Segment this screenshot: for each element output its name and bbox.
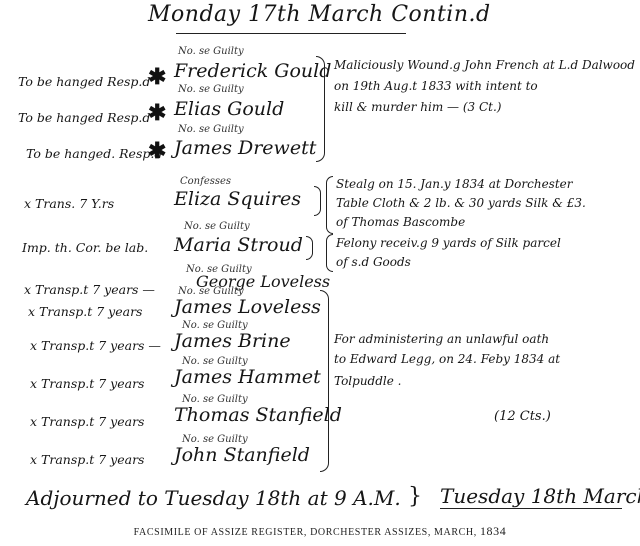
entry-name: Maria Stroud — [174, 234, 303, 256]
asterisk-mark-icon: ✱ — [148, 64, 166, 90]
charge-line: to Edward Legg, on 24. Feby 1834 at — [334, 350, 560, 368]
adjournment-text: Adjourned to Tuesday 18th at 9 A.M. — [26, 486, 401, 510]
group-brace — [316, 56, 325, 162]
entry-brace — [306, 236, 313, 260]
adjournment-brace: } — [408, 484, 422, 509]
register-heading: Monday 17th March Contin.d — [148, 2, 491, 27]
charge-line: Felony receiv.g 9 yards of Silk parcel — [336, 234, 561, 252]
entry-name: Thomas Stanfield — [174, 404, 342, 426]
charge-line: of Thomas Bascombe — [336, 213, 465, 231]
charge-line: Tolpuddle . — [334, 372, 401, 390]
charge-line: kill & murder him — (3 Ct.) — [334, 98, 501, 116]
charge-line: on 19th Aug.t 1833 with intent to — [334, 77, 538, 95]
next-day-underline — [440, 508, 622, 509]
entry-sentence: x Trans. 7 Y.rs — [24, 196, 114, 211]
charge-line: Maliciously Wound.g John French at L.d D… — [334, 56, 635, 74]
heading-underline — [176, 33, 406, 34]
entry-name: James Drewett — [174, 137, 316, 159]
count-note: (12 Cts.) — [494, 408, 551, 426]
asterisk-mark-icon: ✱ — [148, 100, 166, 126]
group-brace — [320, 290, 329, 472]
charge-brace — [326, 176, 333, 234]
entry-sentence: Imp. th. Cor. be lab. — [22, 240, 148, 255]
entry-name: James Brine — [174, 330, 291, 352]
charge-line: Table Cloth & 2 lb. & 30 yards Silk & £3… — [336, 194, 586, 212]
entry-name: Frederick Gould — [174, 60, 331, 82]
charge-line: For administering an unlawful oath — [334, 330, 549, 348]
caption-text: Facsimile of Assize Register, Dorchester… — [134, 527, 477, 538]
entry-sentence: x Transp.t 7 years — — [24, 282, 155, 297]
next-day-heading: Tuesday 18th March — [440, 484, 640, 508]
charge-line: of s.d Goods — [336, 253, 411, 271]
entry-sentence: x Transp.t 7 years — — [30, 338, 161, 353]
entry-name: James Loveless — [174, 296, 321, 318]
entry-sentence: x Transp.t 7 years — [30, 452, 144, 467]
charge-line: Stealg on 15. Jan.y 1834 at Dorchester — [336, 175, 573, 193]
entry-sentence: To be hanged. Resp.d — [26, 146, 162, 161]
entry-plea: No. se Guilty — [178, 84, 244, 95]
entry-name: Eliza Squires — [174, 188, 301, 210]
entry-sentence: To be hanged Resp.d — [18, 74, 150, 89]
entry-name: Elias Gould — [174, 98, 284, 120]
entry-brace — [314, 186, 321, 216]
facsimile-caption: Facsimile of Assize Register, Dorchester… — [0, 524, 640, 539]
entry-sentence: x Transp.t 7 years — [28, 304, 142, 319]
entry-sentence: x Transp.t 7 years — [30, 414, 144, 429]
entry-plea: Confesses — [180, 176, 231, 187]
charge-brace — [326, 234, 333, 272]
caption-year: 1834 — [480, 524, 506, 538]
entry-sentence: x Transp.t 7 years — [30, 376, 144, 391]
entry-plea: No. se Guilty — [184, 221, 250, 232]
entry-sentence: To be hanged Resp.d — [18, 110, 150, 125]
asterisk-mark-icon: ✱ — [148, 138, 166, 164]
entry-plea: No. se Guilty — [178, 124, 244, 135]
entry-plea: No. se Guilty — [178, 46, 244, 57]
entry-name: James Hammet — [174, 366, 321, 388]
entry-name: John Stanfield — [174, 444, 310, 466]
